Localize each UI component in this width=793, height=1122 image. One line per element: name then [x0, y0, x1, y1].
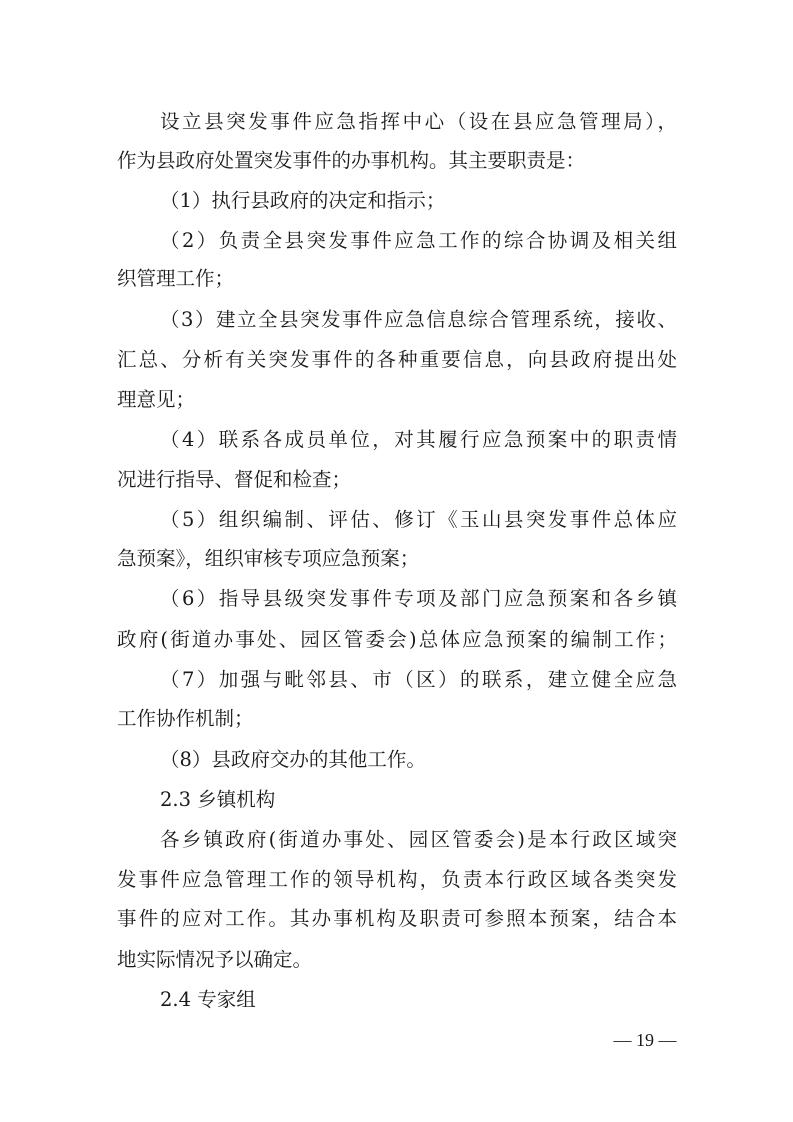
paragraph-line: 发事件应急管理工作的领导机构，负责本行政区域各类突发: [117, 866, 677, 894]
paragraph-line: 理意见；: [117, 386, 677, 414]
paragraph-line: 汇总、分析有关突发事件的各种重要信息，向县政府提出处: [117, 346, 677, 374]
list-item-3: （3）建立全县突发事件应急信息综合管理系统，接收、: [160, 306, 677, 334]
paragraph-line: 地实际情况予以确定。: [117, 946, 677, 974]
paragraph-line: 工作协作机制；: [117, 705, 677, 733]
document-page: 设立县突发事件应急指挥中心（设在县应急管理局）， 作为县政府处置突发事件的办事机…: [0, 0, 793, 1122]
paragraph-line: 事件的应对工作。其办事机构及职责可参照本预案，结合本: [117, 905, 677, 933]
list-item-6: （6）指导县级突发事件专项及部门应急预案和各乡镇: [160, 585, 677, 613]
paragraph-line: 织管理工作；: [117, 265, 677, 293]
paragraph-line: 急预案》，组织审核专项应急预案；: [117, 545, 677, 573]
page-number: — 19 —: [600, 1028, 690, 1052]
list-item-7: （7）加强与毗邻县、市（区）的联系，建立健全应急: [160, 666, 677, 694]
section-heading-2-4: 2.4 专家组: [160, 986, 677, 1014]
section-heading-2-3: 2.3 乡镇机构: [160, 786, 677, 814]
list-item-4: （4）联系各成员单位，对其履行应急预案中的职责情: [160, 426, 677, 454]
paragraph-line: 各乡镇政府(街道办事处、园区管委会)是本行政区域突: [160, 826, 677, 854]
paragraph-line: 况进行指导、督促和检查；: [117, 466, 677, 494]
list-item-2: （2）负责全县突发事件应急工作的综合协调及相关组: [160, 227, 677, 255]
list-item-1: （1）执行县政府的决定和指示；: [160, 187, 677, 215]
list-item-8: （8）县政府交办的其他工作。: [160, 746, 677, 774]
list-item-5: （5）组织编制、评估、修订《玉山县突发事件总体应: [160, 506, 677, 534]
paragraph-line: 设立县突发事件应急指挥中心（设在县应急管理局），: [160, 108, 677, 136]
paragraph-line: 政府(街道办事处、园区管委会)总体应急预案的编制工作；: [117, 626, 677, 654]
paragraph-line: 作为县政府处置突发事件的办事机构。其主要职责是：: [117, 147, 677, 175]
